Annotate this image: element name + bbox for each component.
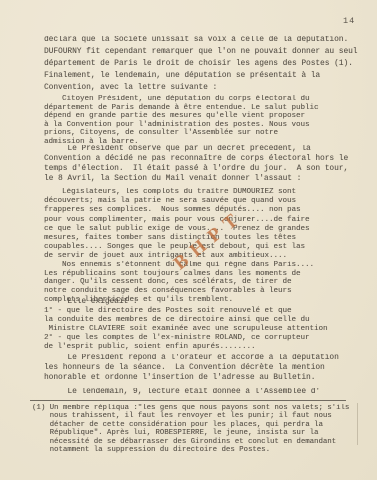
text-line: DUFOURNY fit cependant remarquer que l'o… — [44, 46, 358, 58]
text-line: 2° - que les comptes de l'ex-ministre RO… — [44, 334, 310, 343]
paragraph-letter-quote: Citoyen Président, une députation du cor… — [44, 95, 319, 146]
text-line: pour vous complimenter, mais pour vous c… — [44, 216, 310, 225]
text-line: Législateurs, les complots du traître DU… — [44, 188, 310, 197]
text-line: Citoyen Président, une députation du cor… — [44, 95, 319, 104]
text-line: déclara que la Société unissait sa voix … — [44, 34, 358, 46]
text-line: découverts; mais la patrie ne sera sauvé… — [44, 197, 310, 206]
text-line: Le Président répond à l'orateur et accor… — [44, 353, 339, 363]
scanned-document-page: 14 déclara que la Société unissait sa vo… — [0, 0, 377, 480]
text-line: la conduite des membres de ce directoire… — [44, 316, 328, 325]
text-line: danger. Qu'ils cessent donc, ces scéléra… — [44, 278, 314, 287]
footnote-divider — [30, 400, 346, 401]
text-line: Ministre CLAVIERE soit examinée avec une… — [44, 325, 328, 334]
paragraph-elle-exigeait: Elle exigeait : — [44, 298, 138, 307]
text-line: notamment la suppression du directoire d… — [32, 446, 349, 454]
text-line: temps d'élection. Il était passé à l'ord… — [44, 164, 348, 174]
text-line: Elle exigeait : — [44, 298, 138, 307]
text-line: détacher de cette considération pour les… — [32, 421, 349, 429]
paragraph-convention: Le Président répond à l'orateur et accor… — [44, 353, 339, 383]
text-line: nécessité de se débarrasser des Girondin… — [32, 438, 349, 446]
text-line: département de Paris le droit de choisir… — [44, 58, 358, 70]
text-line: Nos ennemis s'étonnent du calme qui règn… — [44, 261, 314, 270]
text-line: dépend en grande partie des mesures qu'e… — [44, 112, 319, 121]
text-line: Le lendemain, 9, lecture était donnée à … — [44, 387, 320, 397]
paragraph-legislateurs: Législateurs, les complots du traître DU… — [44, 188, 310, 262]
text-line: Convention a décidé ne pas reconnaître d… — [44, 154, 348, 164]
text-line: à la Convention pour l'administration de… — [44, 121, 319, 130]
text-line: Le Président observe que par un décret p… — [44, 144, 348, 154]
text-line: honorable et ordonne l'insertion de l'ad… — [44, 373, 339, 383]
text-line: notre conduite sage des conséquences fav… — [44, 287, 314, 296]
paragraph-president: Le Président observe que par un décret p… — [44, 144, 348, 184]
text-line: frapperes ses complices. Nous sommes dép… — [44, 206, 310, 215]
text-line: le 8 Avril, la Section du Mail venait do… — [44, 174, 348, 184]
text-line: République". Après lui, ROBESPIERRE, le … — [32, 429, 349, 437]
paragraph-intro: déclara que la Société unissait sa voix … — [44, 34, 358, 94]
text-line: les honneurs de la séance. La Convention… — [44, 363, 339, 373]
scan-artifact-line — [357, 403, 358, 445]
text-line: département de Paris demande à être ente… — [44, 104, 319, 113]
text-line: Convention, avec la lettre suivante : — [44, 82, 358, 94]
text-line: 1° - que le directoire des Postes soit r… — [44, 307, 328, 316]
text-line: prions, Citoyens, de consulter l'Assembl… — [44, 129, 319, 138]
text-line: mesures, faites tomber sans distinction … — [44, 234, 310, 243]
text-line: Finalement, le lendemain, une députation… — [44, 70, 358, 82]
paragraph-demand-2: 2° - que les comptes de l'ex-ministre RO… — [44, 334, 310, 352]
paragraph-lendemain: Le lendemain, 9, lecture était donnée à … — [44, 387, 320, 397]
text-line: Les républicains sont toujours calmes da… — [44, 270, 314, 279]
paragraph-demand-1: 1° - que le directoire des Postes soit r… — [44, 307, 328, 334]
text-line: de l'esprit public, soient enfin apurés.… — [44, 343, 310, 352]
text-line: ce que le salut public exige de vous....… — [44, 225, 310, 234]
text-line: (1) Un membre répliqua :"les gens que no… — [32, 404, 349, 412]
text-line: nous trahissent, il faut les renvoyer et… — [32, 412, 349, 420]
footnote: (1) Un membre répliqua :"les gens que no… — [32, 404, 349, 454]
text-line: coupables.... Songes que le peuple est d… — [44, 243, 310, 252]
page-number: 14 — [343, 16, 355, 26]
